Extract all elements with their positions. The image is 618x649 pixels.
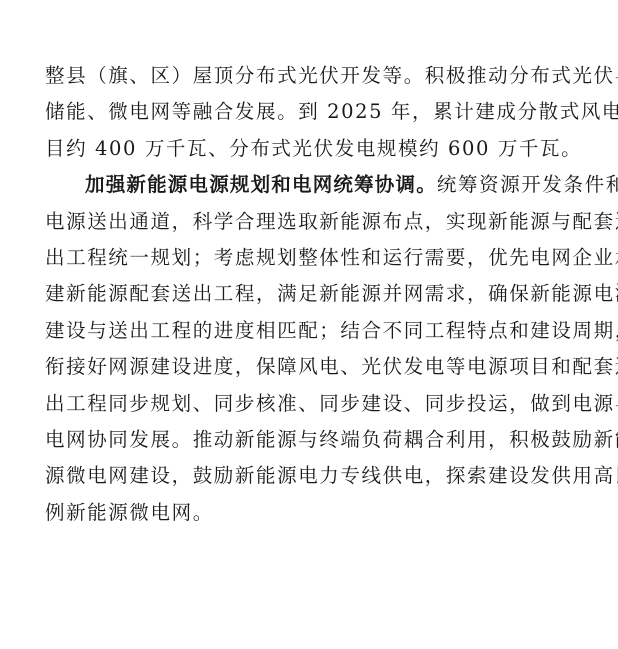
text-line: 目约 400 万千瓦、分布式光伏发电规模约 600 万千瓦。 (45, 131, 535, 167)
text-line: 例新能源微电网。 (45, 495, 535, 531)
text-line: 出工程同步规划、同步核准、同步建设、同步投运，做到电源与 (45, 386, 535, 422)
text-line: 建新能源配套送出工程，满足新能源并网需求，确保新能源电源 (45, 276, 535, 312)
paragraph-heading: 加强新能源电源规划和电网统筹协调。 (85, 173, 437, 196)
text-line: 电网协同发展。推动新能源与终端负荷耦合利用，积极鼓励新能 (45, 422, 535, 458)
text-line: 储能、微电网等融合发展。到 2025 年，累计建成分散式风电项 (45, 94, 535, 130)
text-line: 衔接好网源建设进度，保障风电、光伏发电等电源项目和配套送 (45, 349, 535, 385)
text-line: 建设与送出工程的进度相匹配；结合不同工程特点和建设周期， (45, 313, 535, 349)
text-run: 统筹资源开发条件和 (437, 173, 618, 196)
paragraph-distributed-pv: 整县（旗、区）屋顶分布式光伏开发等。积极推动分布式光伏与 储能、微电网等融合发展… (45, 58, 535, 167)
paragraph-grid-coordination: 加强新能源电源规划和电网统筹协调。统筹资源开发条件和 电源送出通道，科学合理选取… (45, 167, 535, 531)
text-line: 加强新能源电源规划和电网统筹协调。统筹资源开发条件和 (45, 167, 535, 203)
document-page: 整县（旗、区）屋顶分布式光伏开发等。积极推动分布式光伏与 储能、微电网等融合发展… (45, 58, 535, 531)
text-line: 电源送出通道，科学合理选取新能源布点，实现新能源与配套送 (45, 204, 535, 240)
text-line: 出工程统一规划；考虑规划整体性和运行需要，优先电网企业承 (45, 240, 535, 276)
text-line: 源微电网建设，鼓励新能源电力专线供电，探索建设发供用高比 (45, 458, 535, 494)
text-line: 整县（旗、区）屋顶分布式光伏开发等。积极推动分布式光伏与 (45, 58, 535, 94)
